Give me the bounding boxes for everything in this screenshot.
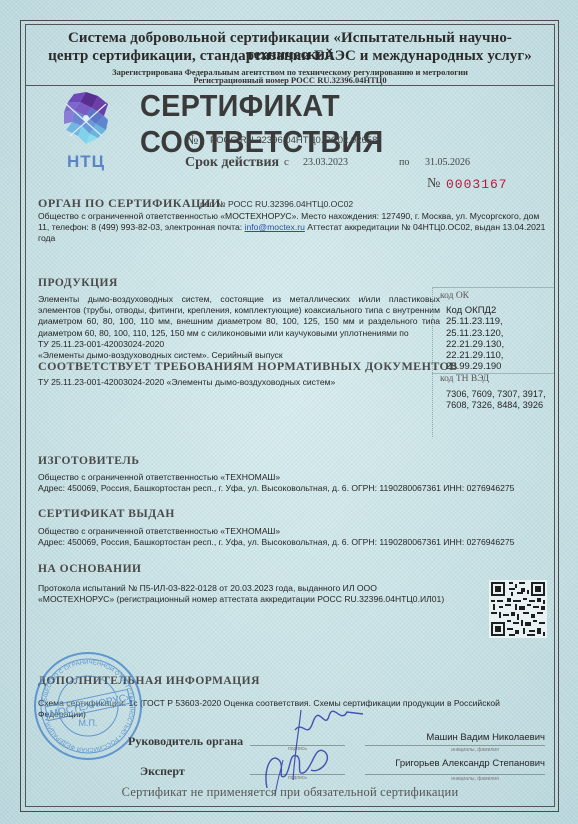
manufacturer-title: ИЗГОТОВИТЕЛЬ [38,455,139,467]
okpd2-code: 25.11.23.119, [446,316,504,327]
issued-to-address: Адрес: 450069, Россия, Башкортостан респ… [38,537,514,548]
head-name-line [365,745,545,746]
name-caption: инициалы, фамилия [405,776,545,782]
certificate-number: РОСС RU.32396.04НТЦ0.ОС02.02658 [210,135,377,146]
serial-number: 0003167 [446,177,508,192]
basis-line: Протокола испытаний № П5-ИЛ-03-822-0128 … [38,583,444,594]
basis-line: «МОСТЕХНОРУС» (регистрационный номер атт… [38,594,444,605]
header-divider [25,85,555,86]
expert-name: Григорьев Александр Степанович [365,758,545,769]
product-title: ПРОДУКЦИЯ [38,277,118,289]
name-caption: инициалы, фамилия [405,747,545,753]
basis-details: Протокола испытаний № П5-ИЛ-03-822-0128 … [38,583,444,605]
product-spec: ТУ 25.11.23-001-42003024-2020 [38,339,440,350]
serial-number-sign: № [427,176,440,192]
codes-top-divider [432,287,554,288]
validity-label: Срок действия [185,155,279,171]
system-name-line2: центр сертификации, стандартизации ЕАЭС … [25,48,555,65]
tnved-code-line: 7608, 7326, 8484, 3926 [446,400,546,411]
manufacturer-address: Адрес: 450069, Россия, Башкортостан респ… [38,483,514,494]
valid-from-label: с [284,156,289,168]
valid-to-date: 31.05.2026 [425,157,470,168]
okpd2-code: 22.21.29.130, [446,339,504,350]
basis-title: НА ОСНОВАНИИ [38,563,142,575]
certificate-title: СЕРТИФИКАТ СООТВЕТСТВИЯ [140,88,547,160]
conformity-title: СООТВЕТСТВУЕТ ТРЕБОВАНИЯМ НОРМАТИВНЫХ ДО… [38,359,458,374]
valid-to-label: по [399,157,409,168]
certification-body-reg-number: рег. № РОСС RU.32396.04НТЦ0.ОС02 [200,199,353,209]
product-description: Элементы дымо-воздуховодных систем, сост… [38,294,440,339]
issued-to-name: Общество с ограниченной ответственностью… [38,526,514,537]
conformity-documents: ТУ 25.11.23-001-42003024-2020 «Элементы … [38,377,335,388]
voluntary-certification-notice: Сертификат не применяется при обязательн… [25,785,555,800]
logo-text: НТЦ [56,152,116,172]
head-name: Машин Вадим Николаевич [365,732,545,743]
system-registration-number: Регистрационный номер РОСС RU.32396.04НТ… [25,75,555,85]
expert-label: Эксперт [140,764,185,779]
okpd2-code: 25.11.23.120, [446,328,504,339]
product-details: Элементы дымо-воздуховодных систем, сост… [38,294,440,361]
certification-body-details: Общество с ограниченной ответственностью… [38,211,548,245]
valid-from-date: 23.03.2023 [303,157,348,168]
svg-text:М.П.: М.П. [79,718,98,728]
tnved-codes: 7306, 7609, 7307, 3917, 7608, 7326, 8484… [446,389,546,412]
ntc-logo-icon [58,90,114,146]
certification-body-email-link[interactable]: info@moctex.ru [245,222,305,232]
number-sign: № [185,133,198,149]
qr-code-icon[interactable] [489,580,547,638]
okpd2-label: Код ОКПД2 [446,305,504,316]
issued-to-title: СЕРТИФИКАТ ВЫДАН [38,508,175,520]
ok-code-title: код ОК [440,291,469,301]
manufacturer-name: Общество с ограниченной ответственностью… [38,472,514,483]
certification-body-title: ОРГАН ПО СЕРТИФИКАЦИИ [38,196,221,211]
tnved-code-line: 7306, 7609, 7307, 3917, [446,389,546,400]
expert-name-line [365,774,545,775]
tnved-code-title: код ТН ВЭД [440,374,489,384]
head-of-body-label: Руководитель органа [128,734,243,749]
manufacturer-details: Общество с ограниченной ответственностью… [38,472,514,494]
issued-to-details: Общество с ограниченной ответственностью… [38,526,514,548]
